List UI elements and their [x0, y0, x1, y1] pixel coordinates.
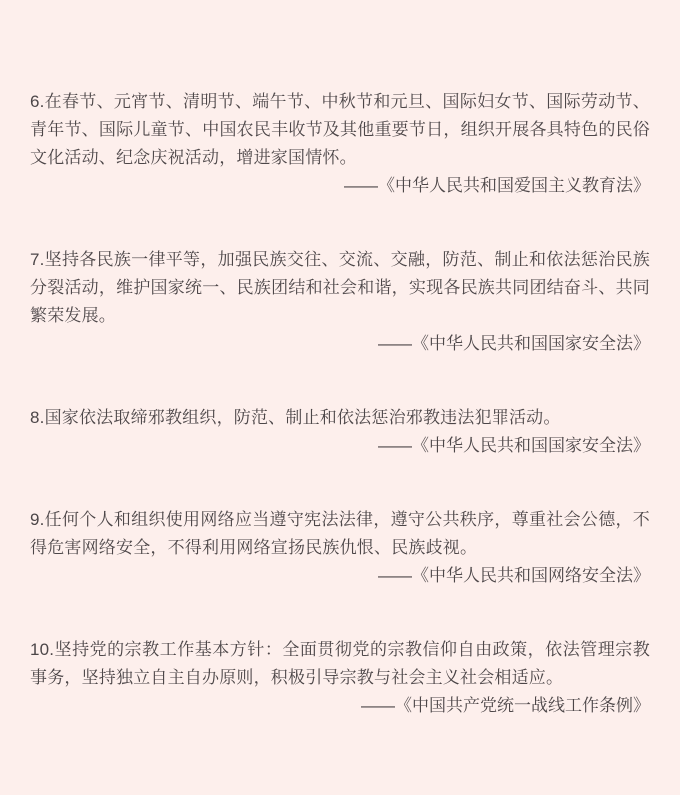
quote-source: ——《中华人民共和国爱国主义教育法》: [30, 172, 650, 200]
quote-item-7: 7.坚持各民族一律平等，加强民族交往、交流、交融，防范、制止和依法惩治民族分裂活…: [30, 246, 650, 358]
quote-text: 7.坚持各民族一律平等，加强民族交往、交流、交融，防范、制止和依法惩治民族分裂活…: [30, 246, 650, 330]
quote-item-9: 9.任何个人和组织使用网络应当遵守宪法法律，遵守公共秩序，尊重社会公德，不得危害…: [30, 506, 650, 590]
quote-item-6: 6.在春节、元宵节、清明节、端午节、中秋节和元旦、国际妇女节、国际劳动节、青年节…: [30, 88, 650, 200]
quote-item-10: 10.坚持党的宗教工作基本方针：全面贯彻党的宗教信仰自由政策，依法管理宗教事务，…: [30, 636, 650, 720]
quote-source: ——《中国共产党统一战线工作条例》: [30, 692, 650, 720]
quote-source: ——《中华人民共和国国家安全法》: [30, 432, 650, 460]
quote-item-8: 8.国家依法取缔邪教组织，防范、制止和依法惩治邪教违法犯罪活动。 ——《中华人民…: [30, 404, 650, 460]
quote-text: 8.国家依法取缔邪教组织，防范、制止和依法惩治邪教违法犯罪活动。: [30, 404, 650, 432]
quote-source: ——《中华人民共和国网络安全法》: [30, 562, 650, 590]
quote-text: 6.在春节、元宵节、清明节、端午节、中秋节和元旦、国际妇女节、国际劳动节、青年节…: [30, 88, 650, 172]
quote-text: 10.坚持党的宗教工作基本方针：全面贯彻党的宗教信仰自由政策，依法管理宗教事务，…: [30, 636, 650, 692]
quote-text: 9.任何个人和组织使用网络应当遵守宪法法律，遵守公共秩序，尊重社会公德，不得危害…: [30, 506, 650, 562]
document-page: 6.在春节、元宵节、清明节、端午节、中秋节和元旦、国际妇女节、国际劳动节、青年节…: [0, 0, 680, 795]
quote-source: ——《中华人民共和国国家安全法》: [30, 330, 650, 358]
